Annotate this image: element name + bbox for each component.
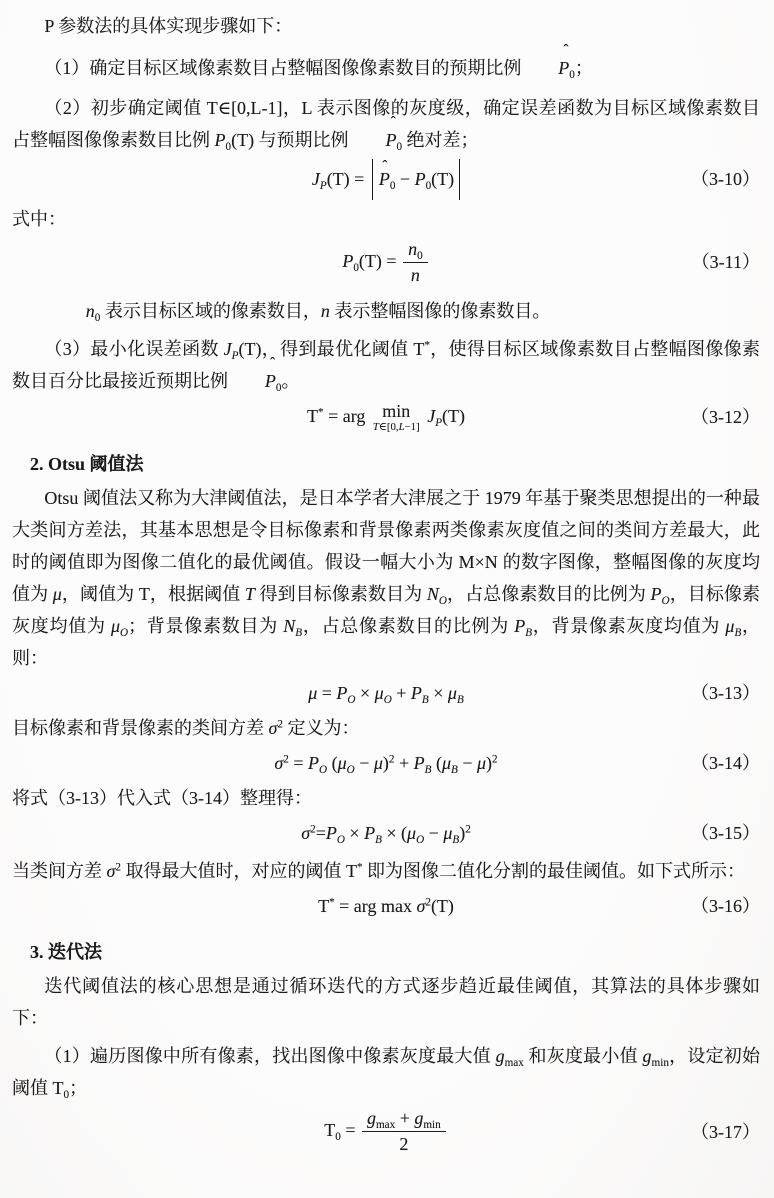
equation-number-3-15: （3-15） <box>691 818 760 848</box>
formula-3-17: T0 = gmax + gmin2 <box>324 1107 447 1157</box>
paragraph-where: 式中： <box>12 203 760 235</box>
heading-otsu-method: 2. Otsu 阈值法 <box>12 448 760 480</box>
paragraph-substitution: 将式（3-13）代入式（3-14）整理得： <box>12 782 760 814</box>
paragraph-max-variance: 当类间方差 σ2 取得最大值时，对应的阈值 T* 即为图像二值化分割的最佳阈值。… <box>12 855 760 887</box>
paragraph-p-method-steps-intro: P 参数法的具体实现步骤如下： <box>12 10 760 42</box>
equation-number-3-16: （3-16） <box>691 891 760 921</box>
equation-number-3-17: （3-17） <box>691 1117 760 1147</box>
equation-3-13: μ = PO × μO + PB × μB （3-13） <box>12 677 760 709</box>
formula-3-14: σ2 = PO (μO − μ)2 + PB (μB − μ)2 <box>274 748 497 778</box>
paragraph-variance-definition: 目标像素和背景像素的类间方差 σ2 定义为： <box>12 712 760 744</box>
paragraph-step-3: （3）最小化误差函数 JP(T)，得到最优化阈值 T*，使得目标区域像素数目占整… <box>12 333 760 397</box>
equation-3-11: P0(T) = n0n （3-11） <box>12 238 760 288</box>
equation-number-3-12: （3-12） <box>691 402 760 432</box>
equation-3-12: T* = arg minT∈[0,L−1] JP(T) （3-12） <box>12 400 760 434</box>
formula-3-16: T* = arg max σ2(T) <box>318 891 454 921</box>
paragraph-otsu-description: Otsu 阈值法又称为大津阈值法，是日本学者大津展之于 1979 年基于聚类思想… <box>12 482 760 674</box>
equation-3-15: σ2=PO × PB × (μO − μB)2 （3-15） <box>12 817 760 849</box>
paragraph-step-1: （1）确定目标区域像素数目占整幅图像像素数目的预期比例 ˆP0； <box>12 52 760 84</box>
paragraph-n0-note: n0 表示目标区域的像素数目，n 表示整幅图像的像素数目。 <box>12 295 760 327</box>
formula-3-13: μ = PO × μO + PB × μB <box>308 678 464 708</box>
formula-3-10: JP(T) = ˆP0 − P0(T) <box>312 159 460 200</box>
formula-3-11: P0(T) = n0n <box>342 238 429 288</box>
equation-number-3-13: （3-13） <box>691 678 760 708</box>
equation-3-16: T* = arg max σ2(T) （3-16） <box>12 890 760 922</box>
formula-3-12: T* = arg minT∈[0,L−1] JP(T) <box>307 401 465 434</box>
equation-number-3-14: （3-14） <box>691 748 760 778</box>
equation-3-10: JP(T) = ˆP0 − P0(T) （3-10） <box>12 159 760 200</box>
equation-number-3-11: （3-11） <box>692 247 760 277</box>
paragraph-iterative-step-1: （1）遍历图像中所有像素，找出图像中像素灰度最大值 gmax 和灰度最小值 gm… <box>12 1040 760 1104</box>
document-page: P 参数法的具体实现步骤如下： （1）确定目标区域像素数目占整幅图像像素数目的预… <box>0 0 774 1157</box>
equation-3-14: σ2 = PO (μO − μ)2 + PB (μB − μ)2 （3-14） <box>12 747 760 779</box>
formula-3-15: σ2=PO × PB × (μO − μB)2 <box>301 818 471 848</box>
heading-iterative-method: 3. 迭代法 <box>12 936 760 968</box>
equation-3-17: T0 = gmax + gmin2 （3-17） <box>12 1107 760 1157</box>
equation-number-3-10: （3-10） <box>691 164 760 194</box>
paragraph-iterative-intro: 迭代阈值法的核心思想是通过循环迭代的方式逐步趋近最佳阈值，其算法的具体步骤如下： <box>12 970 760 1034</box>
paragraph-step-2: （2）初步确定阈值 T∈[0,L-1]，L 表示图像的灰度级，确定误差函数为目标… <box>12 92 760 156</box>
